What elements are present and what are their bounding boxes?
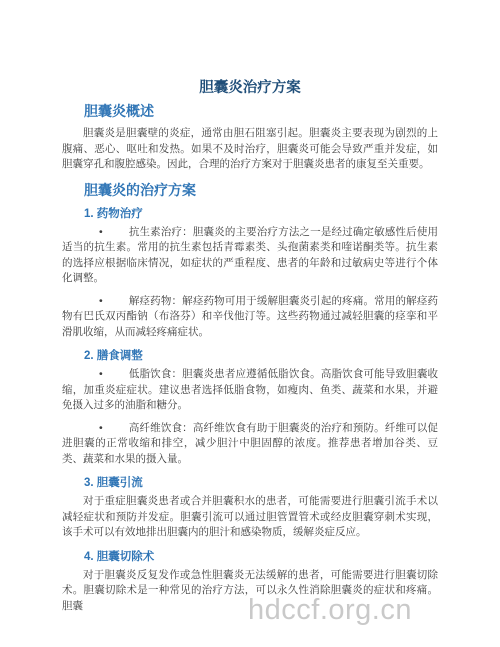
section-heading-medication: 1. 药物治疗 bbox=[62, 207, 438, 221]
bullet-antispasmodic-drugs: •解痉药物：解痉药物可用于缓解胆囊炎引起的疼痛。常用的解痉药物有巴氏双丙酯钠（布… bbox=[62, 294, 438, 341]
document-title: 胆囊炎治疗方案 bbox=[62, 80, 438, 96]
bullet-icon: • bbox=[99, 225, 103, 241]
bullet-high-fiber-diet: •高纤维饮食：高纤维饮食有助于胆囊炎的治疗和预防。纤维可以促进胆囊的正常收缩和排… bbox=[62, 421, 438, 468]
bullet-text: 抗生素治疗：胆囊炎的主要治疗方法之一是经过确定敏感性后使用适当的抗生素。常用的抗… bbox=[62, 226, 438, 285]
bullet-icon: • bbox=[99, 367, 103, 383]
bullet-text: 解痉药物：解痉药物可用于缓解胆囊炎引起的疼痛。常用的解痉药物有巴氏双丙酯钠（布洛… bbox=[62, 295, 438, 338]
document-page: 胆囊炎治疗方案 胆囊炎概述 胆囊炎是胆囊壁的炎症，通常由胆石阻塞引起。胆囊炎主要… bbox=[0, 0, 500, 647]
bullet-text: 低脂饮食：胆囊炎患者应遵循低脂饮食。高脂饮食可能导致胆囊收缩，加重炎症症状。建议… bbox=[62, 368, 438, 411]
overview-heading: 胆囊炎概述 bbox=[62, 103, 438, 119]
section-heading-diet: 2. 膳食调整 bbox=[62, 349, 438, 363]
bullet-text: 高纤维饮食：高纤维饮食有助于胆囊炎的治疗和预防。纤维可以促进胆囊的正常收缩和排空… bbox=[62, 422, 438, 465]
section-heading-cholecystectomy: 4. 胆囊切除术 bbox=[62, 550, 438, 564]
site-watermark: hdccf.org.cn bbox=[248, 594, 412, 626]
bullet-icon: • bbox=[99, 294, 103, 310]
drainage-paragraph: 对于重症胆囊炎患者或合并胆囊积水的患者，可能需要进行胆囊引流手术以减轻症状和预防… bbox=[62, 494, 438, 541]
overview-paragraph: 胆囊炎是胆囊壁的炎症，通常由胆石阻塞引起。胆囊炎主要表现为剧烈的上腹痛、恶心、呕… bbox=[62, 126, 438, 173]
bullet-icon: • bbox=[99, 421, 103, 437]
bullet-antibiotic-therapy: •抗生素治疗：胆囊炎的主要治疗方法之一是经过确定敏感性后使用适当的抗生素。常用的… bbox=[62, 225, 438, 287]
section-heading-drainage: 3. 胆囊引流 bbox=[62, 476, 438, 490]
bullet-low-fat-diet: •低脂饮食：胆囊炎患者应遵循低脂饮食。高脂饮食可能导致胆囊收缩，加重炎症症状。建… bbox=[62, 367, 438, 414]
treatment-plan-heading: 胆囊炎的治疗方案 bbox=[62, 182, 438, 198]
document-content: 胆囊炎治疗方案 胆囊炎概述 胆囊炎是胆囊壁的炎症，通常由胆石阻塞引起。胆囊炎主要… bbox=[62, 80, 438, 621]
